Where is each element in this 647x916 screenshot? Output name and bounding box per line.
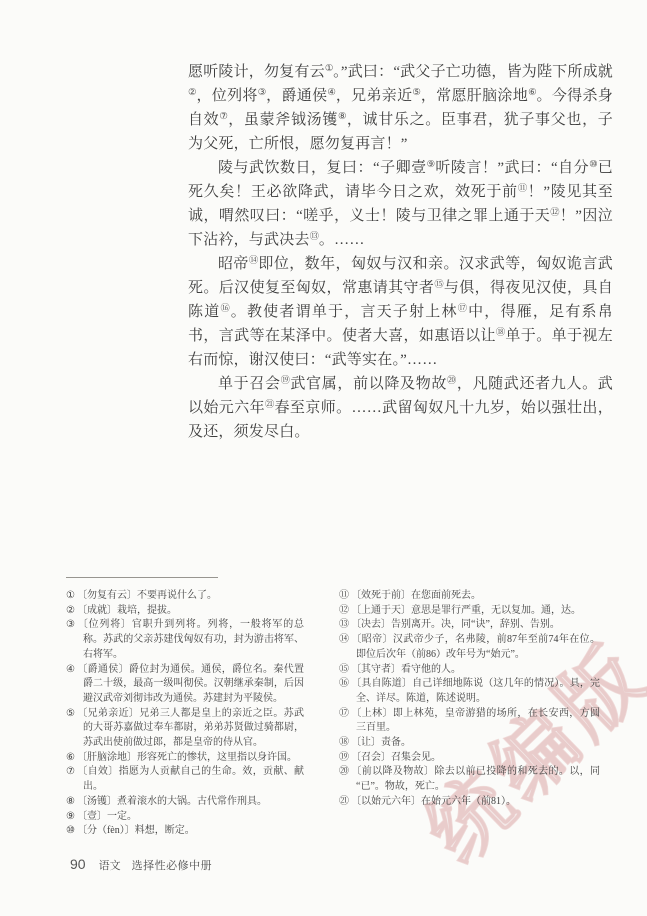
- footnote-ref: ⑳: [447, 376, 457, 386]
- footnote-text: 〔上林〕即上林苑，皇帝游猎的场所，在长安西，方圆三百里。: [351, 708, 600, 734]
- footnote-number: ⑪: [339, 590, 349, 601]
- footnote-ref: ④: [327, 88, 335, 98]
- footnote-ref: ⑲: [281, 376, 291, 386]
- footnote-text: 〔效死于前〕在您面前死去。: [351, 590, 481, 601]
- footnote-text: 〔昭帝〕汉武帝少子，名弗陵，前87年至前74年在位。即位后次年（前86）改年号为…: [351, 634, 600, 660]
- footnote-text: 〔决去〕告别离开。决，同“诀”，辞别、告别。: [351, 619, 560, 630]
- footnote-item: ⑥〔肝脑涂地〕形容死亡的惨状，这里指以身许国。: [66, 751, 304, 766]
- footnote-text: 〔兄弟亲近〕兄弟三人都是皇上的亲近之臣。苏武的大哥苏嘉做过奉车都尉，弟弟苏贤做过…: [77, 708, 304, 748]
- footnote-item: ⑬〔决去〕告别离开。决，同“诀”，辞别、告别。: [339, 618, 600, 633]
- footnote-text: 〔自效〕指愿为人贡献自己的生命。效，贡献、献出。: [77, 766, 304, 792]
- footnote-ref: ⑦: [219, 112, 228, 122]
- footnote-text: 〔以始元六年〕在始元六年（前81）。: [351, 796, 516, 807]
- footnotes-right-column: ⑪〔效死于前〕在您面前死去。⑫〔上通于天〕意思是罪行严重，无以复加。通，达。⑬〔…: [339, 589, 600, 839]
- footnote-item: ②〔成就〕栽培，提拔。: [66, 604, 304, 619]
- page-footer: 90 语文 选择性必修中册: [70, 856, 212, 873]
- paragraph: 昭帝⑭即位，数年，匈奴与汉和亲。汉求武等，匈奴诡言武死。后汉使复至匈奴，常惠请其…: [188, 252, 613, 372]
- footnote-ref: ⑥: [528, 88, 536, 98]
- footnote-text: 〔前以降及物故〕除去以前已投降的和死去的。以，同“已”。物故，死亡。: [351, 766, 600, 792]
- footnote-item: ⑭〔昭帝〕汉武帝少子，名弗陵，前87年至前74年在位。即位后次年（前86）改年号…: [339, 633, 600, 662]
- footnote-text: 〔汤镬〕煮着滚水的大锅。古代常作刑具。: [77, 796, 267, 807]
- footnote-ref: ⑭: [249, 256, 259, 266]
- footnote-ref: ⑩: [589, 160, 598, 170]
- footnotes: ①〔勿复有云〕不要再说什么了。②〔成就〕栽培，提拔。③〔位列将〕官职升到列将。列…: [66, 589, 600, 839]
- footnote-number: ⑯: [339, 678, 349, 689]
- footnote-item: ①〔勿复有云〕不要再说什么了。: [66, 589, 304, 604]
- footnote-text: 〔爵通侯〕爵位封为通侯。通侯，爵位名。秦代置爵二十级，最高一级叫彻侯。汉朝继承秦…: [77, 664, 304, 704]
- footnote-item: ⑩〔分（fèn）〕料想，断定。: [66, 824, 304, 839]
- footnote-text: 〔召会〕召集会见。: [351, 752, 441, 763]
- footnote-item: ㉑〔以始元六年〕在始元六年（前81）。: [339, 795, 600, 810]
- footnote-ref: ⑨: [427, 160, 436, 170]
- footnote-separator-rule: [66, 577, 218, 578]
- footnote-item: ⑯〔具自陈道〕自己详细地陈说（这几年的情况）。具，完全、详尽。陈道，陈述说明。: [339, 677, 600, 706]
- footnote-ref: ③: [258, 88, 266, 98]
- footer-subject: 语文: [99, 857, 121, 873]
- footnote-text: 〔具自陈道〕自己详细地陈说（这几年的情况）。具，完全、详尽。陈道，陈述说明。: [351, 678, 600, 704]
- footnote-number: ⑳: [339, 766, 349, 777]
- footnote-number: ①: [66, 590, 75, 601]
- footnote-ref: ②: [188, 88, 196, 98]
- footnote-ref: ⑤: [412, 88, 420, 98]
- footnote-item: ⑫〔上通于天〕意思是罪行严重，无以复加。通，达。: [339, 604, 600, 619]
- footnote-item: ④〔爵通侯〕爵位封为通侯。通侯，爵位名。秦代置爵二十级，最高一级叫彻侯。汉朝继承…: [66, 663, 304, 707]
- footnote-ref: ⑮: [434, 280, 444, 290]
- footnote-number: ㉑: [339, 796, 349, 807]
- footnote-item: ③〔位列将〕官职升到列将。列将，一般将军的总称。苏武的父亲苏建伐匈奴有功，封为游…: [66, 618, 304, 662]
- footnote-item: ⑦〔自效〕指愿为人贡献自己的生命。效，贡献、献出。: [66, 765, 304, 794]
- footer-book-title: 选择性必修中册: [132, 857, 213, 873]
- footnotes-left-column: ①〔勿复有云〕不要再说什么了。②〔成就〕栽培，提拔。③〔位列将〕官职升到列将。列…: [66, 589, 304, 839]
- footnote-number: ⑨: [66, 811, 75, 822]
- paragraph: 单于召会⑲武官属，前以降及物故⑳，凡随武还者九人。武以始元六年㉑春至京师。……武…: [188, 372, 613, 444]
- footnote-text: 〔肝脑涂地〕形容死亡的惨状，这里指以身许国。: [77, 752, 297, 763]
- footnote-number: ⑲: [339, 752, 349, 763]
- footnote-ref: ⑧: [338, 112, 347, 122]
- footnote-item: ⑱〔让〕责备。: [339, 736, 600, 751]
- footnote-number: ⑮: [339, 664, 349, 675]
- footnote-number: ③: [66, 619, 76, 630]
- footnote-item: ⑪〔效死于前〕在您面前死去。: [339, 589, 600, 604]
- footnote-number: ⑱: [339, 737, 349, 748]
- paragraph: 愿听陵计，勿复有云①。”武曰：“武父子亡功德，皆为陛下所成就②，位列将③，爵通侯…: [188, 60, 613, 156]
- footnote-ref: ⑯: [220, 304, 230, 314]
- footnote-number: ⑫: [339, 605, 349, 616]
- footnote-ref: ⑰: [458, 304, 468, 314]
- footnote-item: ⑧〔汤镬〕煮着滚水的大锅。古代常作刑具。: [66, 795, 304, 810]
- footnote-text: 〔壹〕一定。: [77, 811, 137, 822]
- footnote-item: ⑤〔兄弟亲近〕兄弟三人都是皇上的亲近之臣。苏武的大哥苏嘉做过奉车都尉，弟弟苏贤做…: [66, 707, 304, 751]
- footnote-text: 〔让〕责备。: [351, 737, 411, 748]
- footnote-text: 〔其守者〕看守他的人。: [351, 664, 461, 675]
- footnote-number: ⑰: [339, 708, 349, 719]
- footnote-number: ⑬: [339, 619, 349, 630]
- paragraph: 陵与武饮数日，复曰：“子卿壹⑨听陵言！”武曰：“自分⑩已死久矣！王必欲降武，请毕…: [188, 156, 613, 252]
- footnote-item: ⑳〔前以降及物故〕除去以前已投降的和死去的。以，同“已”。物故，死亡。: [339, 765, 600, 794]
- textbook-page: 统编版 愿听陵计，勿复有云①。”武曰：“武父子亡功德，皆为陛下所成就②，位列将③…: [0, 0, 647, 916]
- main-text: 愿听陵计，勿复有云①。”武曰：“武父子亡功德，皆为陛下所成就②，位列将③，爵通侯…: [188, 60, 613, 444]
- footnote-text: 〔勿复有云〕不要再说什么了。: [77, 590, 217, 601]
- footnote-number: ⑤: [66, 708, 75, 719]
- footnote-ref: ⑬: [310, 232, 319, 242]
- footnote-ref: ⑱: [496, 328, 506, 338]
- footnote-ref: ㉑: [265, 400, 275, 410]
- footnote-ref: ⑪: [518, 184, 528, 194]
- footnote-number: ⑩: [66, 825, 75, 836]
- footnote-item: ⑰〔上林〕即上林苑，皇帝游猎的场所，在长安西，方圆三百里。: [339, 707, 600, 736]
- footnote-ref: ①: [325, 64, 333, 74]
- footnote-number: ⑦: [66, 766, 75, 777]
- footnote-item: ⑨〔壹〕一定。: [66, 810, 304, 825]
- footnote-text: 〔上通于天〕意思是罪行严重，无以复加。通，达。: [351, 605, 581, 616]
- footnote-ref: ⑫: [550, 208, 560, 218]
- footnote-number: ⑭: [339, 634, 349, 645]
- footnote-number: ⑥: [66, 752, 75, 763]
- footnote-text: 〔位列将〕官职升到列将。列将，一般将军的总称。苏武的父亲苏建伐匈奴有功，封为游击…: [78, 619, 304, 659]
- footnote-number: ⑧: [66, 796, 75, 807]
- footnote-text: 〔成就〕栽培，提拔。: [77, 605, 177, 616]
- footnote-number: ②: [66, 605, 75, 616]
- footnote-number: ④: [66, 664, 75, 675]
- footnote-text: 〔分（fèn）〕料想，断定。: [77, 825, 195, 836]
- page-number: 90: [70, 856, 86, 872]
- footnote-item: ⑲〔召会〕召集会见。: [339, 751, 600, 766]
- footnote-item: ⑮〔其守者〕看守他的人。: [339, 663, 600, 678]
